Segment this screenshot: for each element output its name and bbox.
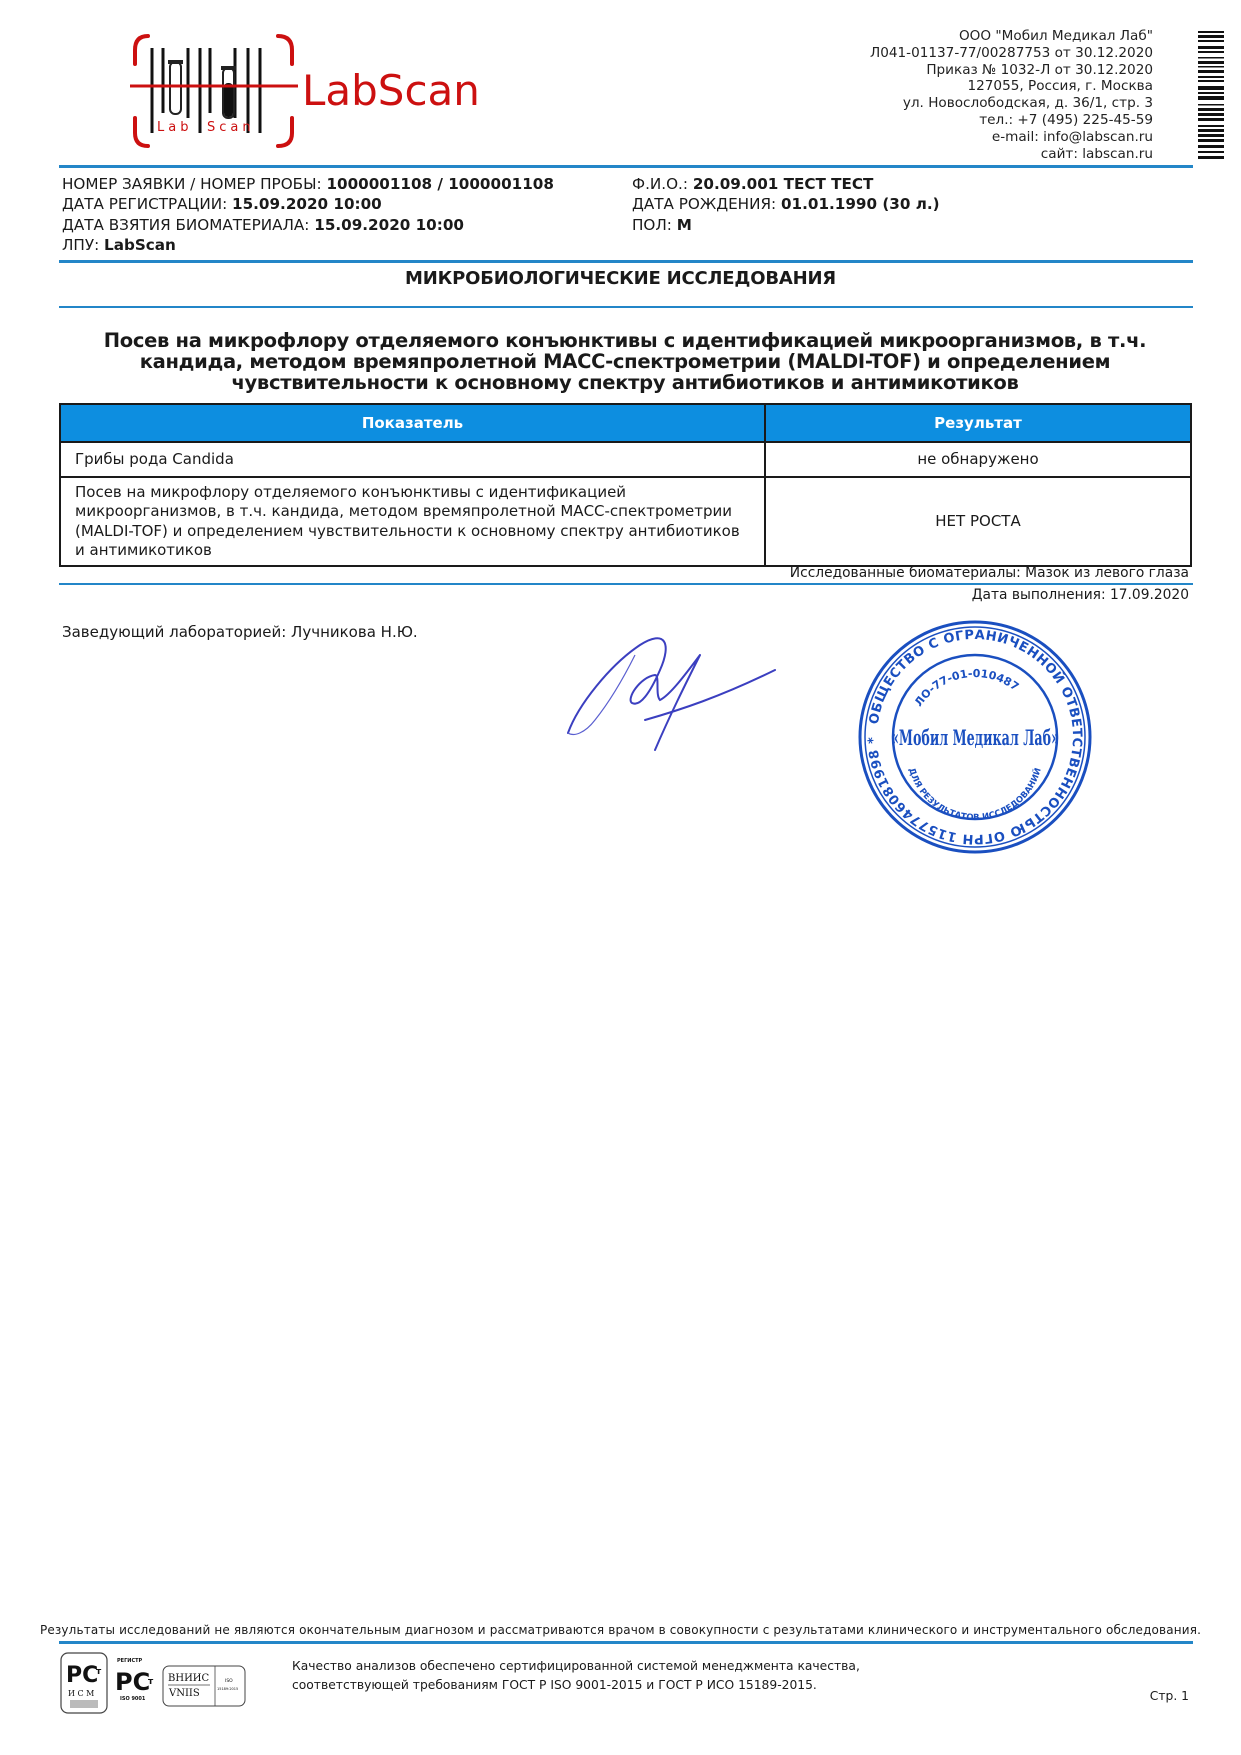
- svg-text:ЛО-77-01-010487: ЛО-77-01-010487: [912, 667, 1021, 709]
- company-license: Л041-01137-77/00287753 от 30.12.2020: [870, 45, 1153, 62]
- test-title: Посев на микрофлору отделяемого конъюнкт…: [80, 330, 1170, 393]
- certification-logos: РС т И С М РЕГИСТР РС т ISO 9001 ВНИИС V…: [60, 1652, 265, 1714]
- svg-text:РС: РС: [66, 1663, 98, 1688]
- svg-text:т: т: [96, 1667, 102, 1677]
- svg-text:ДЛЯ РЕЗУЛЬТАТОВ ИССЛЕДОВАНИЙ: ДЛЯ РЕЗУЛЬТАТОВ ИССЛЕДОВАНИЙ: [906, 766, 1044, 823]
- lpu-value: LabScan: [104, 236, 176, 254]
- patient-info: Ф.И.О.: 20.09.001 ТЕСТ ТЕСТ ДАТА РОЖДЕНИ…: [632, 174, 940, 235]
- company-email: e-mail: info@labscan.ru: [870, 129, 1153, 146]
- result-cell: НЕТ РОСТА: [765, 477, 1191, 566]
- barcode-icon: [1198, 31, 1224, 163]
- svg-text:РЕГИСТР: РЕГИСТР: [117, 1658, 143, 1664]
- head-of-lab: Заведующий лабораторией: Лучникова Н.Ю.: [62, 623, 418, 641]
- sampling-row: ДАТА ВЗЯТИЯ БИОМАТЕРИАЛА: 15.09.2020 10:…: [62, 215, 554, 235]
- signature-icon: [560, 615, 790, 760]
- section-title: МИКРОБИОЛОГИЧЕСКИЕ ИССЛЕДОВАНИЯ: [0, 268, 1241, 289]
- header-divider: [59, 165, 1193, 168]
- company-order: Приказ № 1032-Л от 30.12.2020: [870, 62, 1153, 79]
- company-city: 127055, Россия, г. Москва: [870, 78, 1153, 95]
- table-footer-divider: [59, 583, 1193, 585]
- brand-name: LabScan: [302, 66, 480, 115]
- svg-text:VNIIS: VNIIS: [168, 1688, 200, 1699]
- results-table: Показатель Результат Грибы рода Candida …: [59, 403, 1192, 567]
- registration-row: ДАТА РЕГИСТРАЦИИ: 15.09.2020 10:00: [62, 194, 554, 214]
- quality-statement: Качество анализов обеспечено сертифициро…: [292, 1657, 860, 1694]
- footer-divider: [59, 1641, 1193, 1644]
- svg-text:Lab: Lab: [157, 120, 192, 135]
- company-info: ООО "Мобил Медикал Лаб" Л041-01137-77/00…: [870, 28, 1153, 162]
- header-indicator: Показатель: [60, 404, 765, 442]
- svg-text:ISO: ISO: [225, 1678, 233, 1684]
- birth-date-row: ДАТА РОЖДЕНИЯ: 01.01.1990 (30 л.): [632, 194, 940, 214]
- company-site: сайт: labscan.ru: [870, 146, 1153, 163]
- indicator-cell: Грибы рода Candida: [60, 442, 765, 477]
- svg-text:И С М: И С М: [68, 1689, 94, 1698]
- company-phone: тел.: +7 (495) 225-45-59: [870, 112, 1153, 129]
- svg-text:Scan: Scan: [207, 120, 255, 135]
- svg-text:ВНИИС: ВНИИС: [168, 1673, 210, 1684]
- biomaterial-note: Исследованные биоматериалы: Мазок из лев…: [790, 565, 1189, 581]
- section-divider-top: [59, 260, 1193, 263]
- patient-name-row: Ф.И.О.: 20.09.001 ТЕСТ ТЕСТ: [632, 174, 940, 194]
- table-row: Грибы рода Candida не обнаружено: [60, 442, 1191, 477]
- gost-registry-icon: РЕГИСТР РС т ISO 9001: [115, 1658, 154, 1702]
- result-cell: не обнаружено: [765, 442, 1191, 477]
- svg-text:ISO 9001: ISO 9001: [120, 1696, 146, 1702]
- disclaimer: Результаты исследований не являются окон…: [0, 1623, 1241, 1637]
- header-result: Результат: [765, 404, 1191, 442]
- patient-name: 20.09.001 ТЕСТ ТЕСТ: [693, 175, 874, 193]
- page-number: Стр. 1: [1150, 1689, 1189, 1703]
- sex-value: М: [677, 216, 692, 234]
- section-divider-bottom: [59, 306, 1193, 308]
- barcode-test-tubes-icon: Lab Scan: [130, 28, 300, 153]
- svg-text:«Мобил Медикал Лаб»: «Мобил Медикал Лаб»: [891, 725, 1059, 750]
- completion-date: Дата выполнения: 17.09.2020: [972, 587, 1189, 603]
- sex-row: ПОЛ: М: [632, 215, 940, 235]
- sampling-date: 15.09.2020 10:00: [314, 216, 464, 234]
- table-row: Посев на микрофлору отделяемого конъюнкт…: [60, 477, 1191, 566]
- company-street: ул. Новослободская, д. 36/1, стр. 3: [870, 95, 1153, 112]
- company-stamp: ОБЩЕСТВО С ОГРАНИЧЕННОЙ ОТВЕТСТВЕННОСТЬЮ…: [855, 617, 1095, 857]
- order-number: 1000001108 / 1000001108: [326, 175, 553, 193]
- indicator-cell: Посев на микрофлору отделяемого конъюнкт…: [60, 477, 765, 566]
- birth-date: 01.01.1990 (30 л.): [781, 195, 940, 213]
- registration-date: 15.09.2020 10:00: [232, 195, 382, 213]
- labscan-logo: Lab Scan LabScan: [130, 28, 500, 153]
- vniis-icon: ВНИИС VNIIS ISO 15189:2015: [163, 1666, 245, 1706]
- order-info: НОМЕР ЗАЯВКИ / НОМЕР ПРОБЫ: 1000001108 /…: [62, 174, 554, 255]
- order-number-row: НОМЕР ЗАЯВКИ / НОМЕР ПРОБЫ: 1000001108 /…: [62, 174, 554, 194]
- svg-text:15189:2015: 15189:2015: [217, 1687, 238, 1691]
- svg-text:РС: РС: [115, 1668, 150, 1696]
- svg-text:т: т: [148, 1677, 154, 1687]
- gost-ism-icon: РС т И С М: [61, 1653, 107, 1713]
- table-header-row: Показатель Результат: [60, 404, 1191, 442]
- company-name: ООО "Мобил Медикал Лаб": [870, 28, 1153, 45]
- lpu-row: ЛПУ: LabScan: [62, 235, 554, 255]
